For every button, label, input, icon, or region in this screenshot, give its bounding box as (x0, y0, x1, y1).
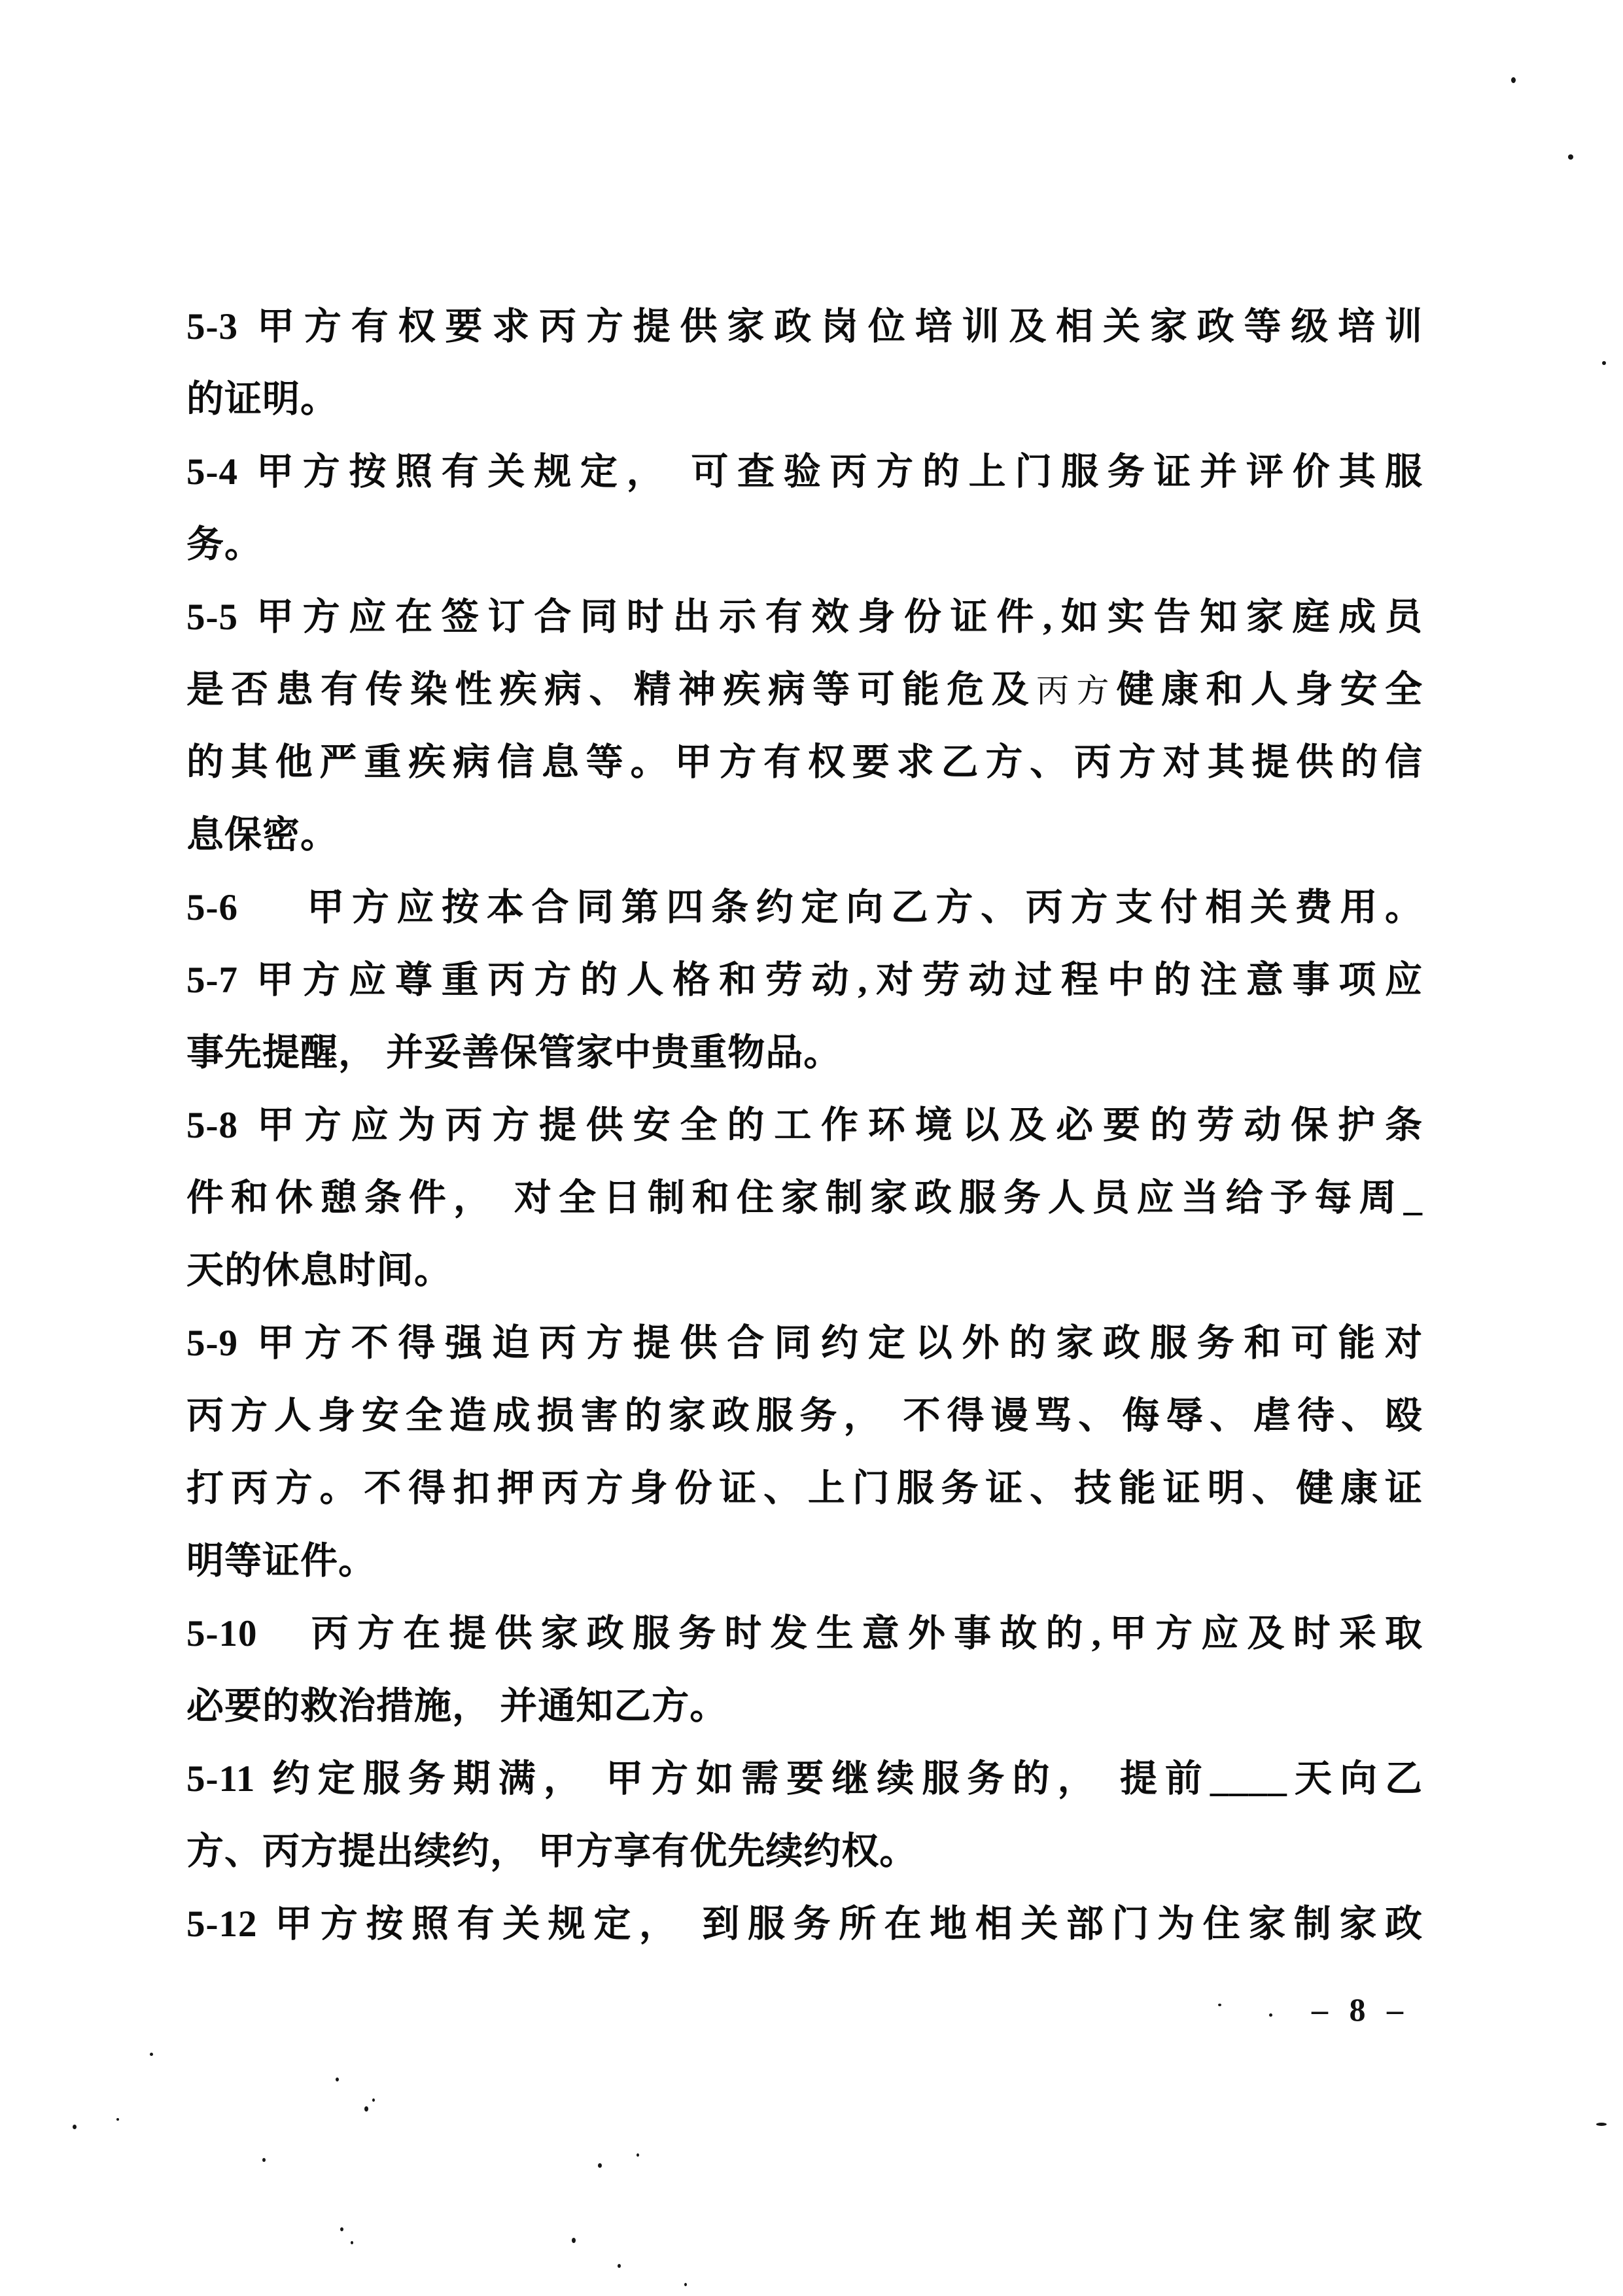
scan-speck (150, 2053, 153, 2056)
scan-speck (364, 2106, 368, 2112)
contract-clauses: 5-3 甲方有权要求丙方提供家政岗位培训及相关家政等级培训的证明。5-4 甲方按… (186, 290, 1423, 1960)
contract-line: 5-8 甲方应为丙方提供安全的工作环境以及必要的劳动保护条 (186, 1089, 1423, 1162)
document-page: 5-3 甲方有权要求丙方提供家政岗位培训及相关家政等级培训的证明。5-4 甲方按… (0, 0, 1623, 2296)
scan-speck (572, 2238, 576, 2243)
clause-text: 5-7 甲方应尊重丙方的人格和劳动,对劳动过程中的注意事项应 (186, 960, 1423, 1001)
contract-line: 必要的救治措施， 并通知乙方。 (186, 1670, 1423, 1743)
contract-line: 5-11 约定服务期满， 甲方如需要继续服务的， 提前____天向乙 (186, 1743, 1423, 1815)
contract-line: 5-4 甲方按照有关规定， 可查验丙方的上门服务证并评价其服 (186, 436, 1423, 508)
scan-speck (1218, 2004, 1221, 2006)
clause-text: 是否患有传染性疾病、精神疾病等可能危及 (186, 669, 1036, 710)
contract-line: 的证明。 (186, 363, 1423, 436)
clause-text: 天的休息时间。 (186, 1250, 452, 1291)
contract-line: 5-12 甲方按照有关规定， 到服务所在地相关部门为住家制家政 (186, 1888, 1423, 1960)
contract-line: 事先提醒， 并妥善保管家中贵重物品。 (186, 1017, 1423, 1089)
contract-line: 明等证件。 (186, 1525, 1423, 1597)
page-number: – 8 – (1302, 1990, 1420, 2029)
clause-text: 事先提醒， 并妥善保管家中贵重物品。 (186, 1032, 841, 1073)
clause-text: 5-6 甲方应按本合同第四条约定向乙方、丙方支付相关费用。 (186, 887, 1423, 928)
clause-text: 的其他严重疾病信息等。甲方有权要求乙方、丙方对其提供的信 (186, 742, 1423, 783)
contract-line: 天的休息时间。 (186, 1234, 1423, 1307)
scan-speck (351, 2241, 353, 2244)
clause-text: 5-9 甲方不得强迫丙方提供合同约定以外的家政服务和可能对 (186, 1323, 1423, 1364)
contract-line: 5-6 甲方应按本合同第四条约定向乙方、丙方支付相关费用。 (186, 871, 1423, 944)
contract-line: 5-5 甲方应在签订合同时出示有效身份证件,如实告知家庭成员 (186, 581, 1423, 653)
contract-line: 5-10 丙方在提供家政服务时发生意外事故的,甲方应及时采取 (186, 1597, 1423, 1670)
clause-text: 件和休憩条件， 对全日制和住家制家政服务人员应当给予每周_ (186, 1177, 1423, 1219)
contract-line: 5-9 甲方不得强迫丙方提供合同约定以外的家政服务和可能对 (186, 1307, 1423, 1380)
scan-speck (73, 2125, 77, 2129)
scan-speck (598, 2163, 602, 2168)
clause-text: 5-8 甲方应为丙方提供安全的工作环境以及必要的劳动保护条 (186, 1105, 1423, 1146)
contract-line: 5-7 甲方应尊重丙方的人格和劳动,对劳动过程中的注意事项应 (186, 944, 1423, 1017)
scan-speck (1602, 361, 1606, 365)
clause-text: 健康和人身安全 (1117, 669, 1423, 710)
contract-line: 丙方人身安全造成损害的家政服务， 不得谩骂、侮辱、虐待、殴 (186, 1380, 1423, 1452)
contract-line: 是否患有传染性疾病、精神疾病等可能危及丙方健康和人身安全 (186, 653, 1423, 726)
scan-speck (340, 2227, 343, 2231)
clause-text: 明等证件。 (186, 1540, 376, 1582)
clause-text: 5-5 甲方应在签订合同时出示有效身份证件,如实告知家庭成员 (186, 597, 1423, 638)
contract-line: 打丙方。不得扣押丙方身份证、上门服务证、技能证明、健康证 (186, 1452, 1423, 1525)
scan-speck (1269, 2013, 1272, 2017)
clause-text: 5-3 甲方有权要求丙方提供家政岗位培训及相关家政等级培训 (186, 306, 1423, 347)
scan-speck (1511, 77, 1516, 83)
contract-line: 务。 (186, 508, 1423, 581)
scan-speck (1596, 2123, 1607, 2126)
scan-speck (1568, 154, 1573, 160)
clause-text: 5-11 约定服务期满， 甲方如需要继续服务的， 提前____天向乙 (186, 1758, 1423, 1800)
clause-text: 的证明。 (186, 379, 338, 420)
clause-text: 方、丙方提出续约， 甲方享有优先续约权。 (186, 1831, 917, 1872)
scan-speck (334, 890, 338, 894)
contract-line: 方、丙方提出续约， 甲方享有优先续约权。 (186, 1815, 1423, 1888)
scan-speck (637, 2153, 639, 2157)
clause-text: 务。 (186, 524, 262, 565)
scan-speck (684, 2283, 687, 2286)
contract-line: 息保密。 (186, 799, 1423, 871)
clause-text: 5-10 丙方在提供家政服务时发生意外事故的,甲方应及时采取 (186, 1613, 1423, 1654)
scan-speck (262, 2158, 266, 2162)
contract-line: 件和休憩条件， 对全日制和住家制家政服务人员应当给予每周_ (186, 1162, 1423, 1234)
contract-line: 5-3 甲方有权要求丙方提供家政岗位培训及相关家政等级培训 (186, 290, 1423, 363)
clause-text: 5-4 甲方按照有关规定， 可查验丙方的上门服务证并评价其服 (186, 451, 1423, 493)
clause-text: 丙方人身安全造成损害的家政服务， 不得谩骂、侮辱、虐待、殴 (186, 1395, 1423, 1436)
scan-speck (336, 2078, 339, 2081)
party-c-label-light: 丙方 (1036, 672, 1117, 709)
clause-text: 息保密。 (186, 814, 338, 856)
clause-text: 打丙方。不得扣押丙方身份证、上门服务证、技能证明、健康证 (186, 1468, 1423, 1509)
clause-text: 必要的救治措施， 并通知乙方。 (186, 1686, 727, 1727)
clause-text: 5-12 甲方按照有关规定， 到服务所在地相关部门为住家制家政 (186, 1904, 1423, 1945)
scan-speck (372, 2098, 375, 2102)
scan-speck (116, 2118, 119, 2121)
contract-line: 的其他严重疾病信息等。甲方有权要求乙方、丙方对其提供的信 (186, 726, 1423, 799)
scan-speck (618, 2264, 621, 2268)
